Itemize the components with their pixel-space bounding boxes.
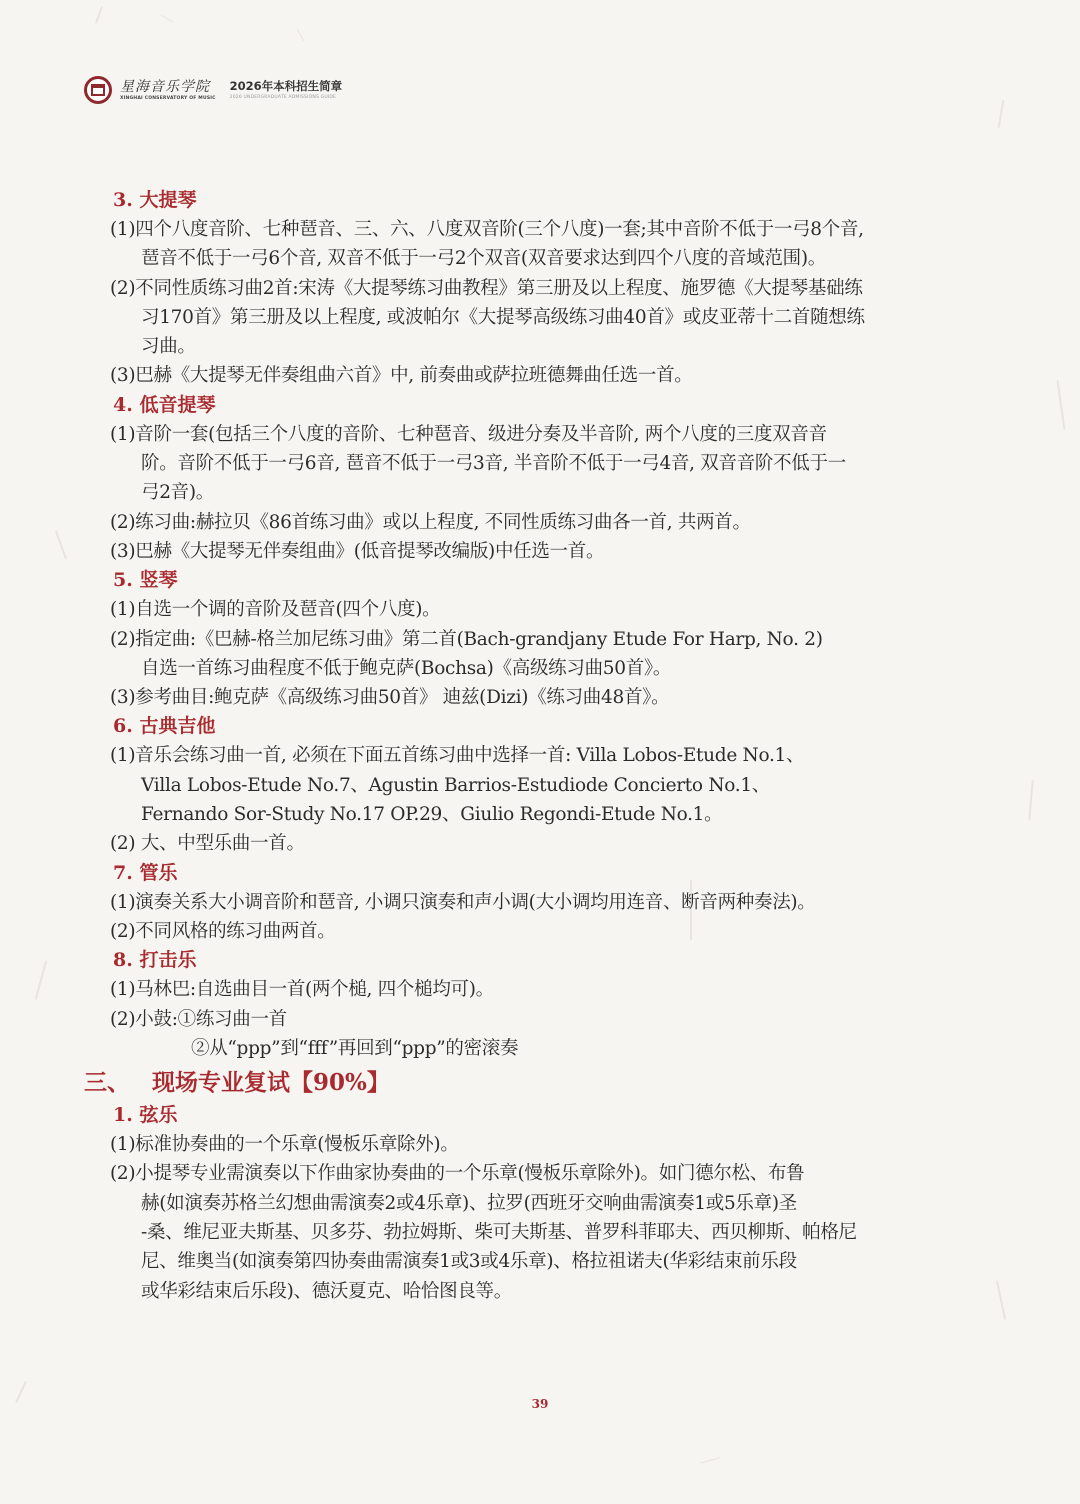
list-item: (2)不同性质练习曲2首:宋涛《大提琴练习曲教程》第三册及以上程度、施罗德《大提… (110, 274, 950, 303)
section-heading-percussion: 8. 打击乐 (113, 946, 950, 975)
list-item-continued: Fernando Sor-Study No.17 OP.29、Giulio Re… (110, 800, 950, 829)
list-item: (3)巴赫《大提琴无伴奏组曲六首》中, 前奏曲或萨拉班德舞曲任选一首。 (110, 361, 950, 390)
school-name: 星海音乐学院 XINGHAI CONSERVATORY OF MUSIC (120, 79, 216, 102)
list-item: (1)演奏关系大小调音阶和琶音, 小调只演奏和声小调(大小调均用连音、断音两种奏… (110, 888, 950, 917)
list-item-continued: 习曲。 (110, 332, 950, 361)
school-name-cn: 星海音乐学院 (120, 79, 216, 95)
list-item: (2)练习曲:赫拉贝《86首练习曲》或以上程度, 不同性质练习曲各一首, 共两首… (110, 508, 950, 537)
school-logo-icon (84, 76, 112, 104)
list-item-continued: 琶音不低于一弓6个音, 双音不低于一弓2个双音(双音要求达到四个八度的音域范围)… (110, 244, 950, 273)
section-heading-guitar: 6. 古典吉他 (113, 712, 950, 741)
list-item: (2)小提琴专业需演奏以下作曲家协奏曲的一个乐章(慢板乐章除外)。如门德尔松、布… (110, 1159, 950, 1188)
list-item-continued: -桑、维尼亚夫斯基、贝多芬、勃拉姆斯、柴可夫斯基、普罗科菲耶夫、西贝柳斯、帕格尼 (110, 1218, 950, 1247)
list-item: (2) 大、中型乐曲一首。 (110, 829, 950, 858)
list-item: (1)马林巴:自选曲目一首(两个槌, 四个槌均可)。 (110, 975, 950, 1004)
guide-title-en: 2026 UNDERGRADUATE ADMISSIONS GUIDE (230, 94, 343, 101)
main-heading-number: 三、 (84, 1069, 130, 1096)
main-heading-text: 现场专业复试【90%】 (152, 1069, 390, 1096)
section-heading-strings: 1. 弦乐 (113, 1101, 950, 1130)
list-item-continued: 习170首》第三册及以上程度, 或波帕尔《大提琴高级练习曲40首》或皮亚蒂十二首… (110, 303, 950, 332)
page-number: 39 (0, 1397, 1080, 1411)
list-item-continued: 自选一首练习曲程度不低于鲍克萨(Bochsa)《高级练习曲50首》。 (110, 654, 950, 683)
list-item-continued: 赫(如演奏苏格兰幻想曲需演奏2或4乐章)、拉罗(西班牙交响曲需演奏1或5乐章)圣 (110, 1189, 950, 1218)
list-item: (1)四个八度音阶、七种琶音、三、六、八度双音阶(三个八度)一套;其中音阶不低于… (110, 215, 950, 244)
list-item-continued: 尼、维奥当(如演奏第四协奏曲需演奏1或3或4乐章)、格拉祖诺夫(华彩结束前乐段 (110, 1247, 950, 1276)
list-item: (2)小鼓:①练习曲一首 (110, 1005, 950, 1034)
list-item-continued: 阶。音阶不低于一弓6音, 琶音不低于一弓3音, 半音阶不低于一弓4音, 双音音阶… (110, 449, 950, 478)
page-content: 3. 大提琴 (1)四个八度音阶、七种琶音、三、六、八度双音阶(三个八度)一套;… (110, 186, 950, 1306)
guide-title-cn: 2026年本科招生简章 (230, 79, 343, 94)
list-item: (3)参考曲目:鲍克萨《高级练习曲50首》 迪兹(Dizi)《练习曲48首》。 (110, 683, 950, 712)
school-name-en: XINGHAI CONSERVATORY OF MUSIC (120, 95, 216, 102)
section-heading-double-bass: 4. 低音提琴 (113, 391, 950, 420)
list-item: (2)不同风格的练习曲两首。 (110, 917, 950, 946)
list-item-continued: Villa Lobos-Etude No.7、Agustin Barrios-E… (110, 771, 950, 800)
section-heading-cello: 3. 大提琴 (113, 186, 950, 215)
list-item: (1)音乐会练习曲一首, 必须在下面五首练习曲中选择一首: Villa Lobo… (110, 741, 950, 770)
main-heading-onsite-audition: 三、现场专业复试【90%】 (84, 1065, 950, 1101)
section-heading-harp: 5. 竖琴 (113, 566, 950, 595)
list-item-continued: 或华彩结束后乐段)、德沃夏克、哈恰图良等。 (110, 1277, 950, 1306)
list-item: (3)巴赫《大提琴无伴奏组曲》(低音提琴改编版)中任选一首。 (110, 537, 950, 566)
section-heading-winds: 7. 管乐 (113, 859, 950, 888)
guide-title: 2026年本科招生简章 2026 UNDERGRADUATE ADMISSION… (230, 79, 343, 101)
list-item-continued: 弓2音)。 (110, 478, 950, 507)
list-item: (1)音阶一套(包括三个八度的音阶、七种琶音、级进分奏及半音阶, 两个八度的三度… (110, 420, 950, 449)
list-item: (1)标准协奏曲的一个乐章(慢板乐章除外)。 (110, 1130, 950, 1159)
page-header: 星海音乐学院 XINGHAI CONSERVATORY OF MUSIC 202… (84, 74, 342, 106)
list-item-continued: ②从“ppp”到“fff”再回到“ppp”的密滚奏 (110, 1034, 950, 1063)
list-item: (2)指定曲:《巴赫-格兰加尼练习曲》第二首(Bach-grandjany Et… (110, 625, 950, 654)
list-item: (1)自选一个调的音阶及琶音(四个八度)。 (110, 595, 950, 624)
